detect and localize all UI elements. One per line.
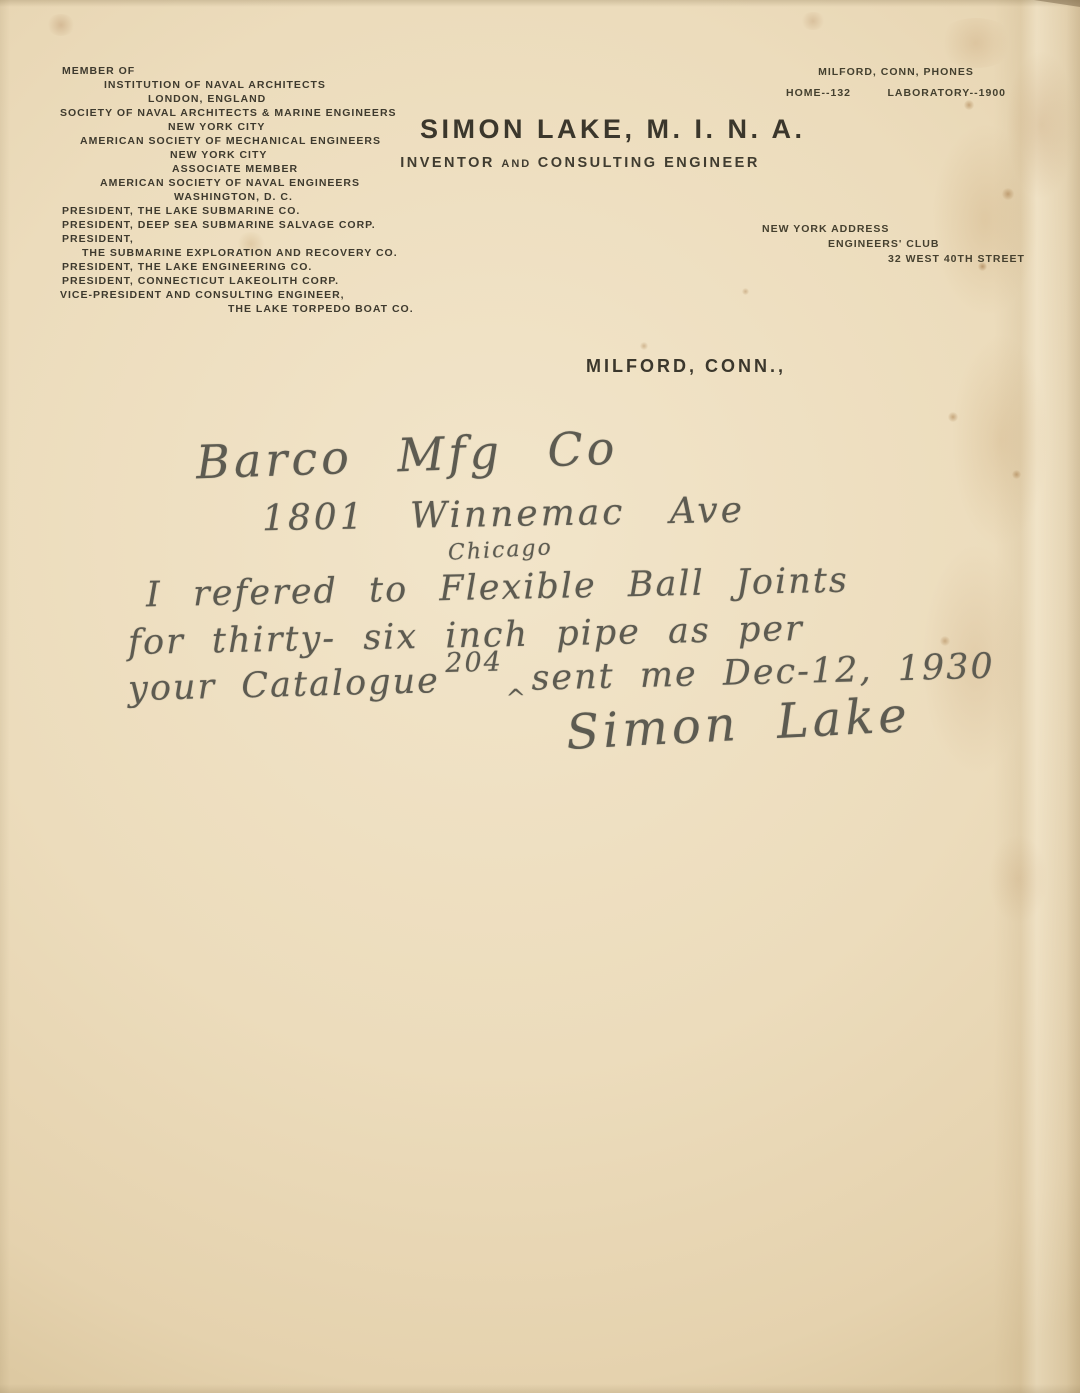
handwritten-note: Barco Mfg Co 1801 Winnemac Ave Chicago I… (0, 0, 1080, 700)
address-line: 1801 Winnemac Ave (262, 490, 746, 539)
body-line-1: I refered to Flexible Ball Joints (146, 561, 850, 616)
body-line-3-start: your Catalogue (128, 661, 441, 709)
body-line-3-end: sent me Dec-12, 1930 (531, 647, 995, 699)
signature: Simon Lake (565, 687, 912, 761)
catalog-number-insertion: 204 (445, 647, 503, 679)
fox-stain (988, 834, 1048, 924)
letter-page: MEMBER OF INSTITUTION OF NAVAL ARCHITECT… (0, 0, 1080, 1393)
city-insertion: Chicago (447, 535, 553, 565)
insertion-caret: ^ (505, 684, 528, 713)
recipient-line: Barco Mfg Co (195, 421, 619, 490)
